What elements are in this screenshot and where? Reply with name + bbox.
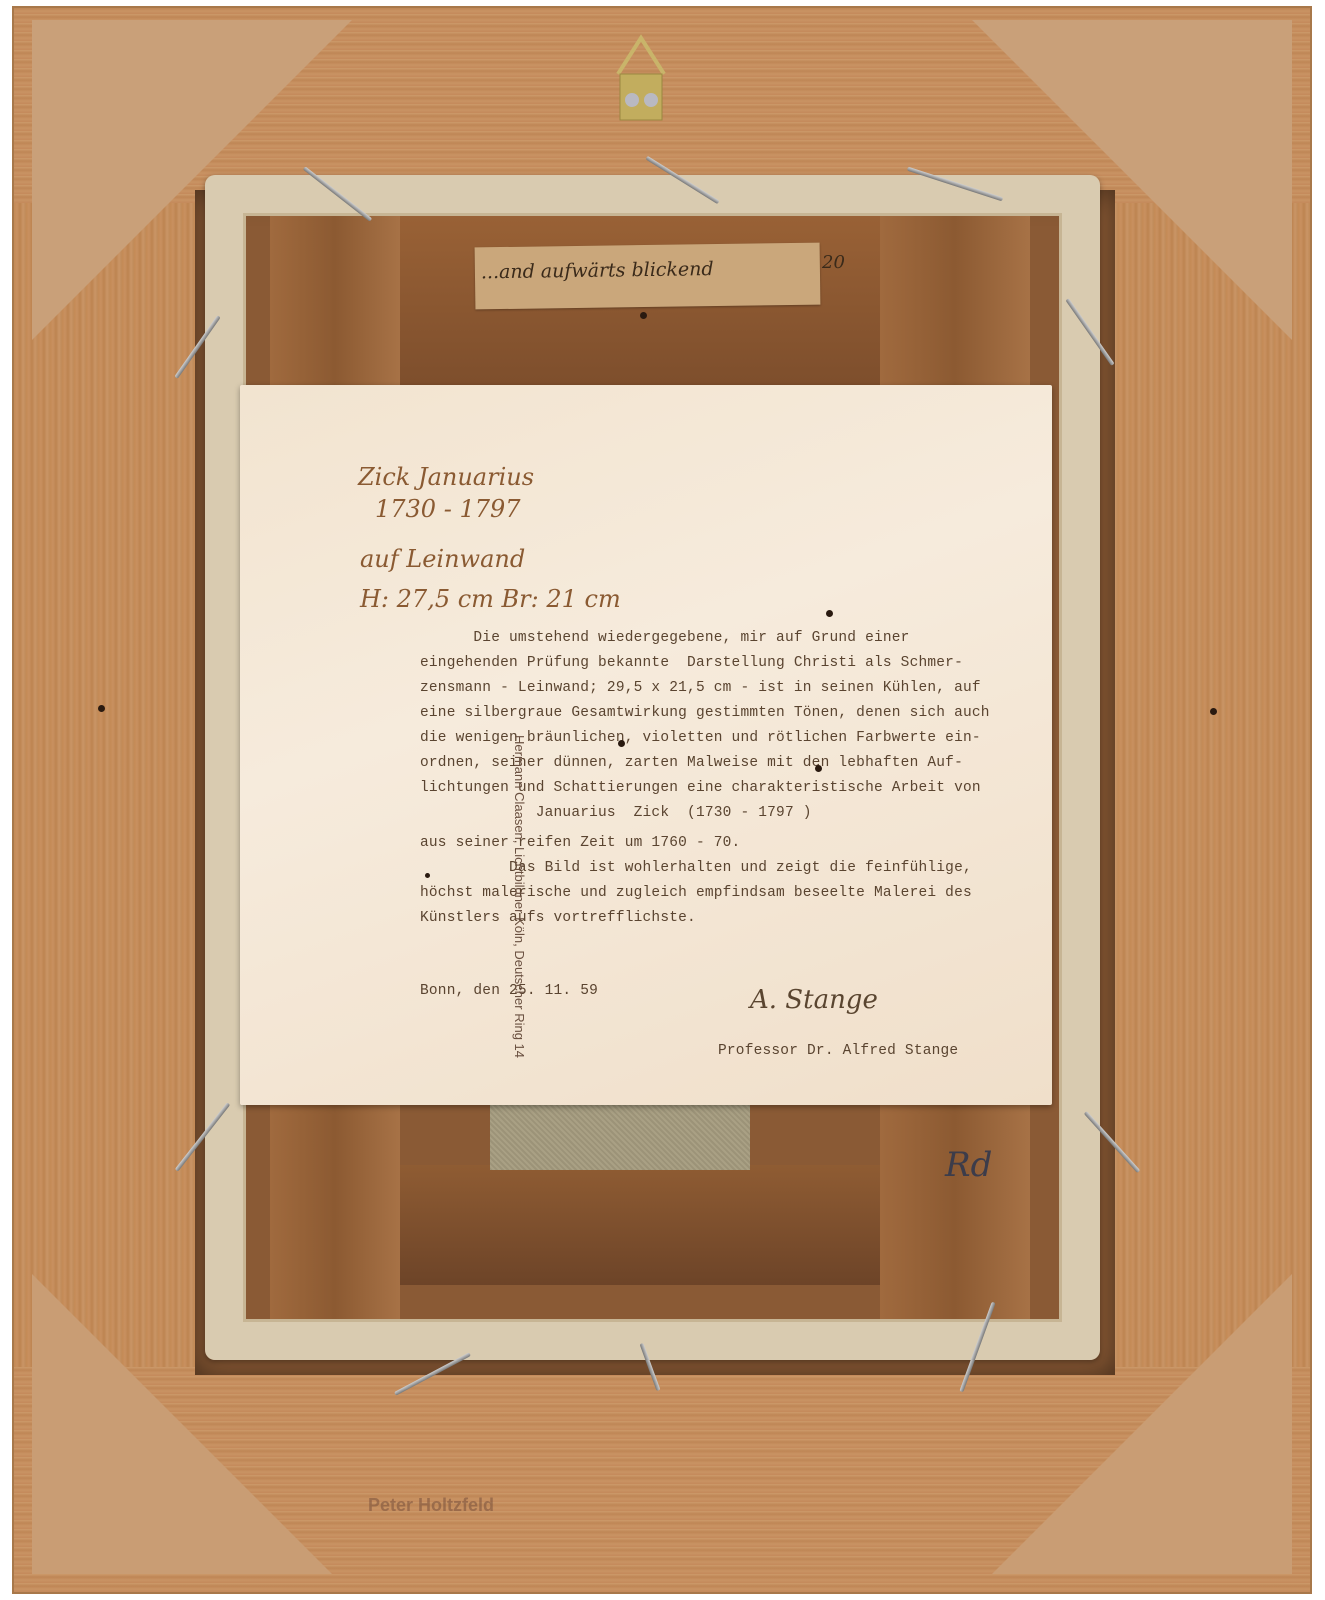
letter-line: Künstlers aufs vortrefflichste. [420, 910, 696, 926]
letter-line: eine silbergraue Gesamtwirkung gestimmte… [420, 705, 990, 721]
old-paper-label: ...and aufwärts blickend [475, 243, 821, 310]
paper-tear [815, 765, 822, 772]
letter-line: Die umstehend wiedergegebene, mir auf Gr… [420, 630, 910, 646]
letter-line: aus seiner reifen Zeit um 1760 - 70. [420, 835, 740, 851]
frame-maker-stamp: Peter Holtzfeld [368, 1495, 494, 1516]
nail-hole [1210, 708, 1217, 715]
handwritten-line: 1730 - 1797 [375, 495, 521, 523]
label-text: ...and aufwärts blickend [481, 258, 714, 283]
letter-line: ordnen, seiner dünnen, zarten Malweise m… [420, 755, 963, 771]
pencil-mark: Rd [945, 1145, 992, 1185]
paper-stain [425, 873, 430, 878]
letter-line: höchst malerische und zugleich empfindsa… [420, 885, 972, 901]
nail-hole [640, 312, 647, 319]
paper-tear [826, 610, 833, 617]
label-number: 20 [822, 252, 845, 273]
sawtooth-hanger-icon [612, 32, 670, 122]
letter-place-date: Bonn, den 25. 11. 59 [420, 983, 598, 999]
letter-line: zensmann - Leinwand; 29,5 x 21,5 cm - is… [420, 680, 981, 696]
letter-line: die wenigen bräunlichen, violetten und r… [420, 730, 981, 746]
letter-signatory: Professor Dr. Alfred Stange [718, 1043, 958, 1059]
handwritten-line: auf Leinwand [360, 545, 525, 573]
photographer-stamp: Hermann Claasen, Lichtbildner Köln, Deut… [512, 735, 527, 1095]
paper-tear [618, 740, 625, 747]
letter-line: eingehenden Prüfung bekannte Darstellung… [420, 655, 963, 671]
handwritten-signature: A. Stange [750, 985, 878, 1015]
handwritten-line: H: 27,5 cm Br: 21 cm [360, 585, 621, 613]
letter-line: lichtungen und Schattierungen eine chara… [420, 780, 981, 796]
nail-hole [98, 705, 105, 712]
letter-line: Das Bild ist wohlerhalten und zeigt die … [420, 860, 972, 876]
expertise-letter: Zick Januarius 1730 - 1797 auf Leinwand … [240, 385, 1052, 1105]
letter-line: Januarius Zick (1730 - 1797 ) [420, 805, 812, 821]
handwritten-line: Zick Januarius [358, 463, 534, 491]
